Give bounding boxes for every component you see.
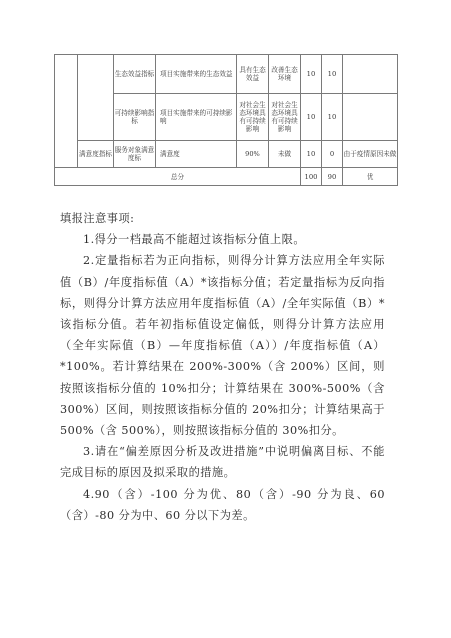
cell-weight: 10	[301, 141, 322, 168]
cell-weight: 10	[301, 94, 322, 141]
note-item: 4.90（含）-100 分为优、80（含）-90 分为良、60（含）-80 分为…	[60, 484, 385, 526]
cell-target: 90%	[237, 141, 269, 168]
total-label: 总分	[55, 168, 301, 186]
cell-actual: 改善生态环境	[269, 55, 301, 94]
cell-content: 项目实施带来的生态效益	[156, 55, 237, 94]
table-row: 满意度指标 服务对象满意度标 满意度 90% 未做 10 0 由于疫情原因未做	[55, 141, 398, 168]
total-max: 100	[301, 168, 322, 186]
note-item: 2.定量指标若为正向指标，则得分计算方法应用全年实际值（B）/年度指标值（A）*…	[60, 250, 385, 441]
notes-title: 填报注意事项:	[60, 208, 385, 229]
cell-level1	[55, 55, 78, 168]
cell-reason	[343, 94, 398, 141]
cell-level3: 服务对象满意度标	[114, 141, 156, 168]
cell-level2	[78, 55, 114, 141]
filling-notes: 填报注意事项: 1.得分一档最高不能超过该指标分值上限。 2.定量指标若为正向指…	[60, 208, 385, 526]
note-item: 1.得分一档最高不能超过该指标分值上限。	[60, 229, 385, 250]
cell-actual: 未做	[269, 141, 301, 168]
cell-content: 项目实施带来的可持续影响	[156, 94, 237, 141]
cell-actual: 对社会生态环境具有可持续影响	[269, 94, 301, 141]
performance-table: 生态效益指标 项目实施带来的生态效益 具有生态效益 改善生态环境 10 10 可…	[54, 54, 398, 186]
cell-level3: 可持续影响指标	[114, 94, 156, 141]
cell-reason: 由于疫情原因未做	[343, 141, 398, 168]
table-row: 生态效益指标 项目实施带来的生态效益 具有生态效益 改善生态环境 10 10	[55, 55, 398, 94]
total-score: 90	[322, 168, 343, 186]
cell-target: 具有生态效益	[237, 55, 269, 94]
total-grade: 优	[343, 168, 398, 186]
cell-weight: 10	[301, 55, 322, 94]
cell-reason	[343, 55, 398, 94]
cell-content: 满意度	[156, 141, 237, 168]
cell-target: 对社会生态环境具有可持续影响	[237, 94, 269, 141]
cell-level2: 满意度指标	[78, 141, 114, 168]
cell-score: 10	[322, 55, 343, 94]
note-item: 3.请在“偏差原因分析及改进措施”中说明偏离目标、不能完成目标的原因及拟采取的措…	[60, 441, 385, 483]
cell-score: 10	[322, 94, 343, 141]
cell-level3: 生态效益指标	[114, 55, 156, 94]
cell-score: 0	[322, 141, 343, 168]
total-row: 总分 100 90 优	[55, 168, 398, 186]
